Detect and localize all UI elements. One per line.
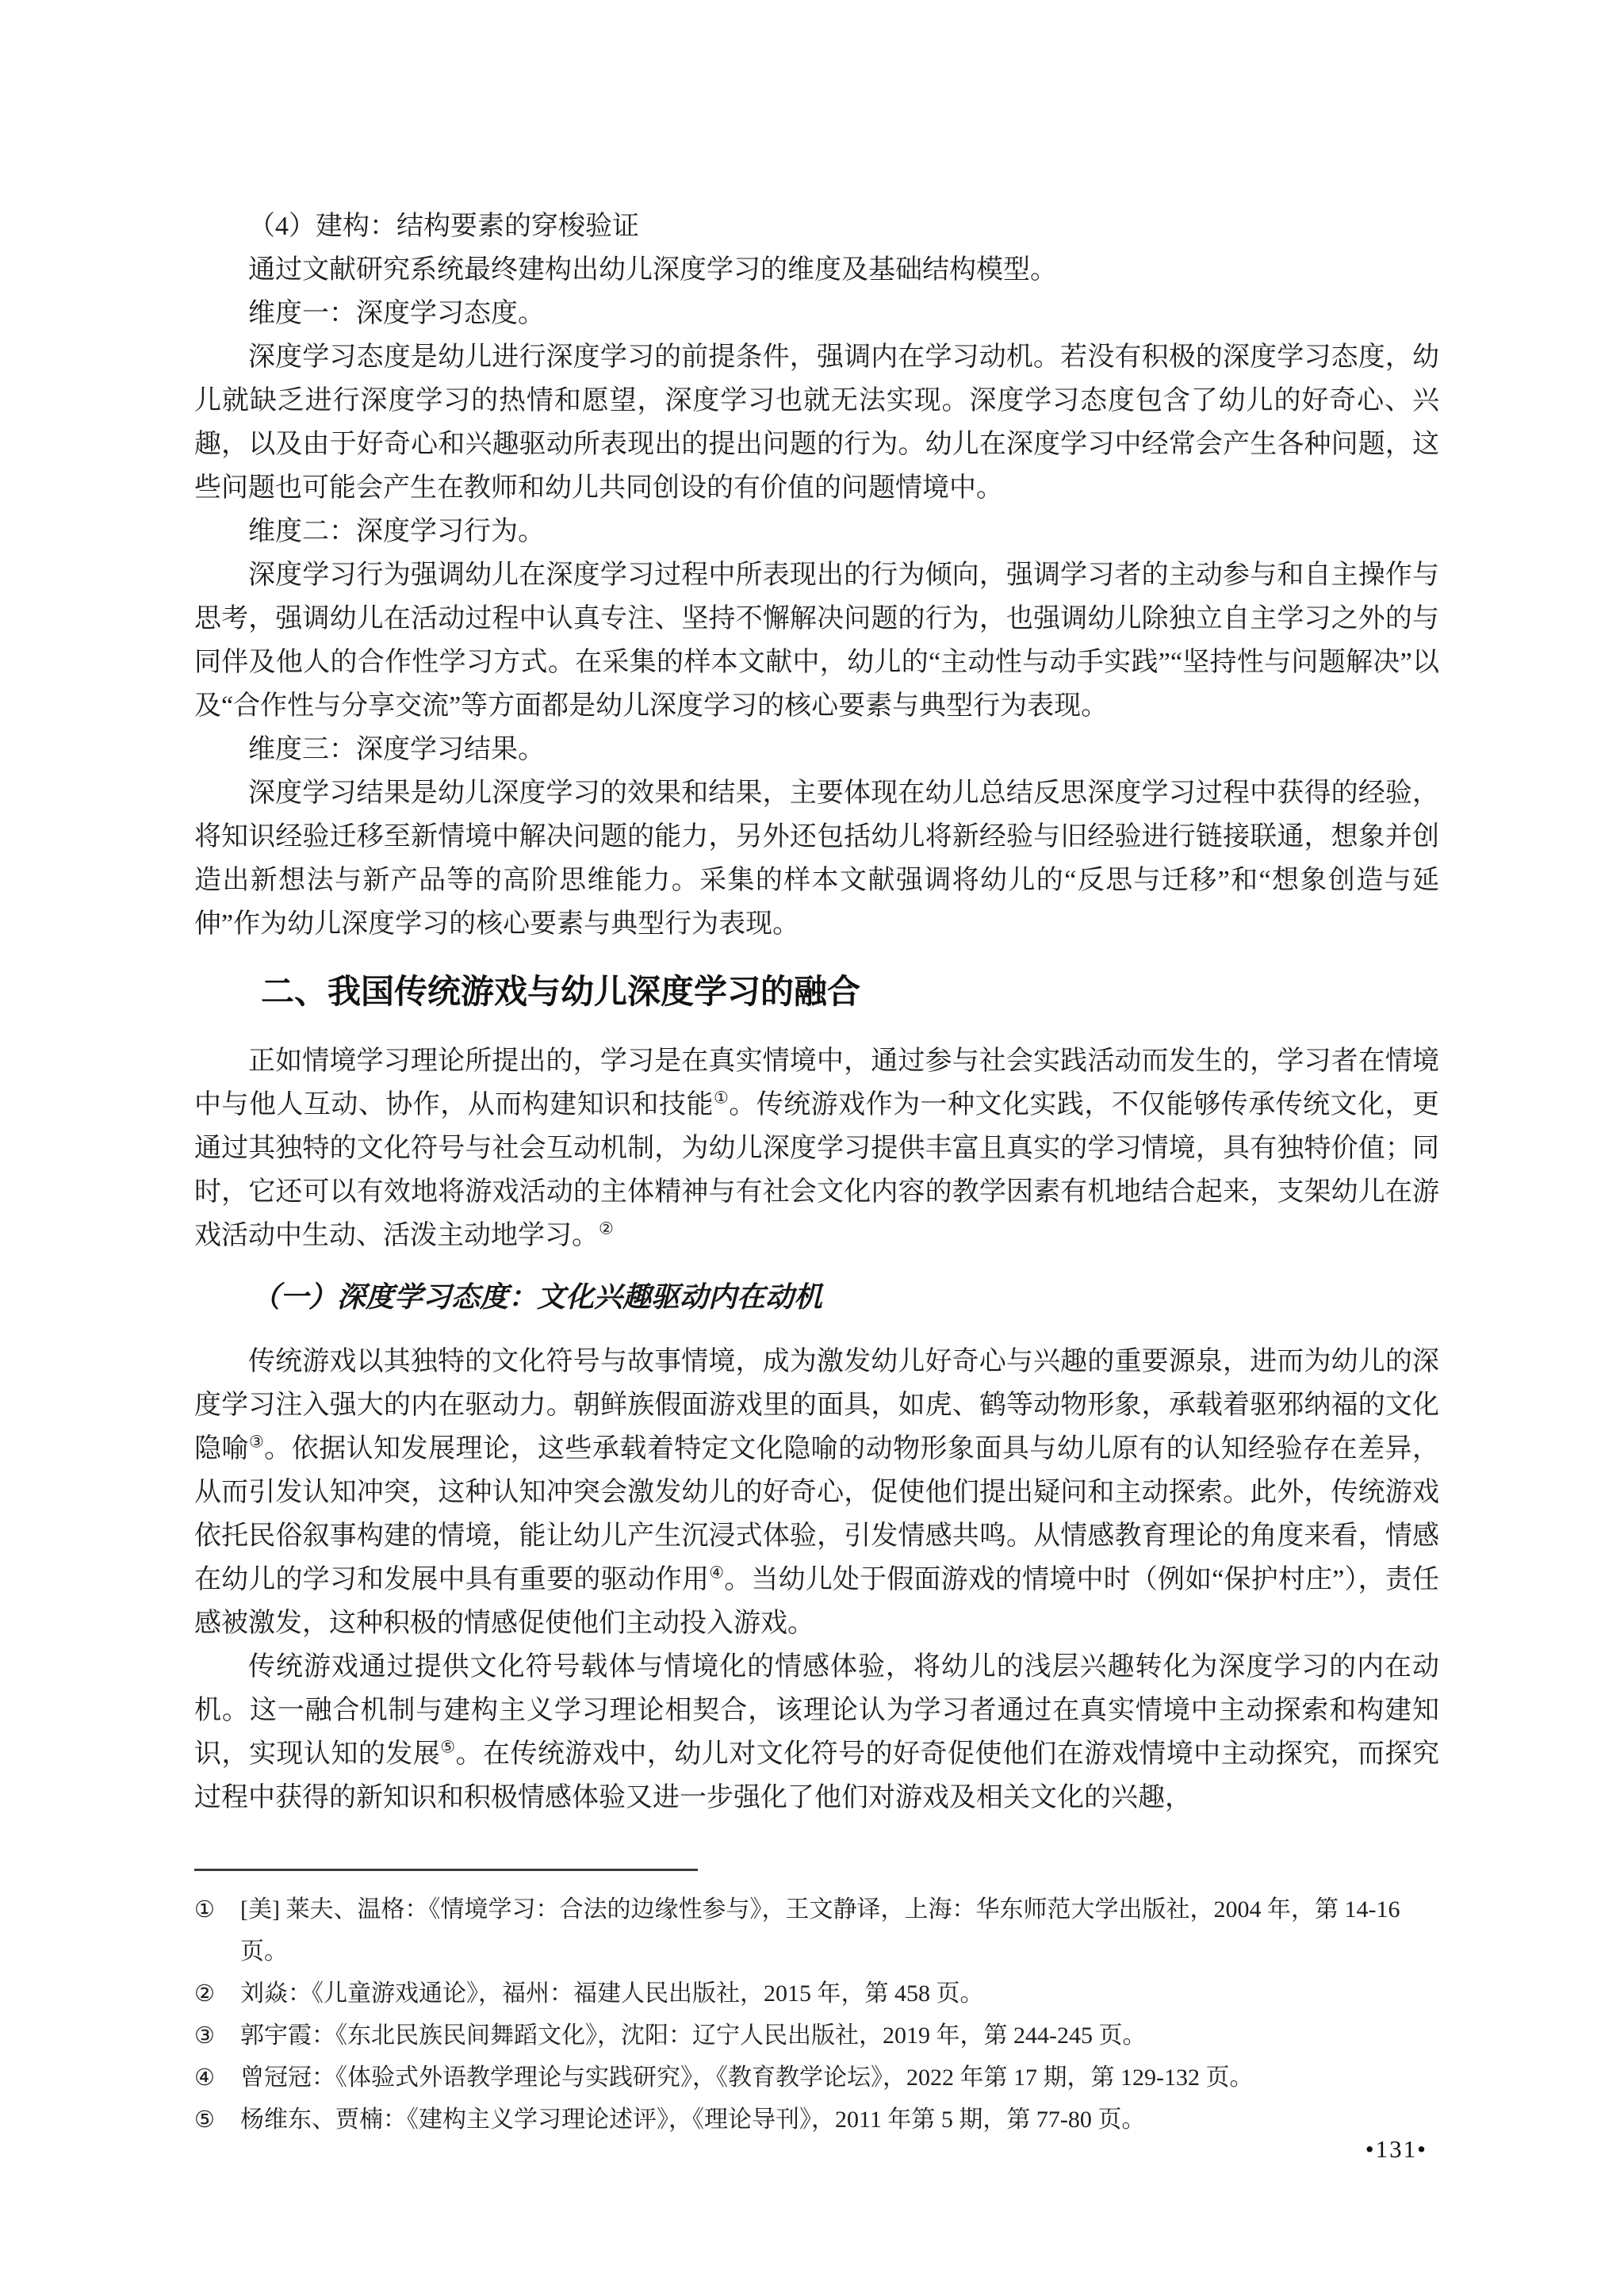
footnote-ref: ① — [714, 1089, 729, 1108]
paragraph: 传统游戏通过提供文化符号载体与情境化的情感体验，将幼儿的浅层兴趣转化为深度学习的… — [194, 1645, 1439, 1820]
page-number: •131• — [1365, 2135, 1427, 2164]
footnote-marker: ④ — [194, 2057, 240, 2099]
paragraph: 深度学习结果是幼儿深度学习的效果和结果，主要体现在幼儿总结反思深度学习过程中获得… — [194, 771, 1439, 946]
footnote-ref: ② — [599, 1219, 614, 1238]
footnote-text: 曾冠冠：《体验式外语教学理论与实践研究》，《教育教学论坛》，2022 年第 17… — [240, 2057, 1439, 2099]
footnote: ③郭宇霞：《东北民族民间舞蹈文化》，沈阳：辽宁人民出版社，2019 年，第 24… — [194, 2015, 1439, 2057]
subsection-heading: （一）深度学习态度：文化兴趣驱动内在动机 — [194, 1276, 1439, 1318]
footnote-text: 刘焱：《儿童游戏通论》，福州：福建人民出版社，2015 年，第 458 页。 — [240, 1973, 1439, 2015]
paragraph: 维度二：深度学习行为。 — [194, 510, 1439, 553]
paragraph: 维度三：深度学习结果。 — [194, 728, 1439, 771]
footnote: ②刘焱：《儿童游戏通论》，福州：福建人民出版社，2015 年，第 458 页。 — [194, 1973, 1439, 2015]
paragraph: 深度学习态度是幼儿进行深度学习的前提条件，强调内在学习动机。若没有积极的深度学习… — [194, 335, 1439, 510]
page-content: （4）建构：结构要素的穿梭验证通过文献研究系统最终建构出幼儿深度学习的维度及基础… — [194, 205, 1439, 2141]
footnote: ①[美] 莱夫、温格：《情境学习：合法的边缘性参与》，王文静译，上海：华东师范大… — [194, 1888, 1439, 1973]
footnote-marker: ② — [194, 1973, 240, 2015]
footnote: ④曾冠冠：《体验式外语教学理论与实践研究》，《教育教学论坛》，2022 年第 1… — [194, 2057, 1439, 2099]
paragraph: 深度学习行为强调幼儿在深度学习过程中所表现出的行为倾向，强调学习者的主动参与和自… — [194, 553, 1439, 728]
paragraph: 传统游戏以其独特的文化符号与故事情境，成为激发幼儿好奇心与兴趣的重要源泉，进而为… — [194, 1340, 1439, 1645]
footnote-text: [美] 莱夫、温格：《情境学习：合法的边缘性参与》，王文静译，上海：华东师范大学… — [240, 1888, 1439, 1973]
section-heading: 二、我国传统游戏与幼儿深度学习的融合 — [194, 970, 1439, 1014]
footnote-ref: ⑤ — [440, 1738, 455, 1757]
footnote-text: 郭宇霞：《东北民族民间舞蹈文化》，沈阳：辽宁人民出版社，2019 年，第 244… — [240, 2015, 1439, 2057]
footnotes-section: ①[美] 莱夫、温格：《情境学习：合法的边缘性参与》，王文静译，上海：华东师范大… — [194, 1888, 1439, 2141]
paragraph: 通过文献研究系统最终建构出幼儿深度学习的维度及基础结构模型。 — [194, 248, 1439, 292]
footnote-marker: ③ — [194, 2015, 240, 2057]
paragraph: （4）建构：结构要素的穿梭验证 — [194, 205, 1439, 248]
footnote: ⑤杨维东、贾楠：《建构主义学习理论述评》，《理论导刊》，2011 年第 5 期，… — [194, 2099, 1439, 2141]
paragraph: 维度一：深度学习态度。 — [194, 292, 1439, 335]
body-text: （4）建构：结构要素的穿梭验证通过文献研究系统最终建构出幼儿深度学习的维度及基础… — [194, 205, 1439, 1820]
footnote-separator — [194, 1869, 698, 1871]
document-page: （4）建构：结构要素的穿梭验证通过文献研究系统最终建构出幼儿深度学习的维度及基础… — [0, 0, 1624, 2296]
footnote-marker: ⑤ — [194, 2099, 240, 2141]
footnote-text: 杨维东、贾楠：《建构主义学习理论述评》，《理论导刊》，2011 年第 5 期，第… — [240, 2099, 1439, 2141]
footnote-ref: ④ — [709, 1563, 724, 1582]
footnote-marker: ① — [194, 1888, 240, 1931]
paragraph: 正如情境学习理论所提出的，学习是在真实情境中，通过参与社会实践活动而发生的，学习… — [194, 1039, 1439, 1257]
footnote-ref: ③ — [249, 1433, 264, 1452]
